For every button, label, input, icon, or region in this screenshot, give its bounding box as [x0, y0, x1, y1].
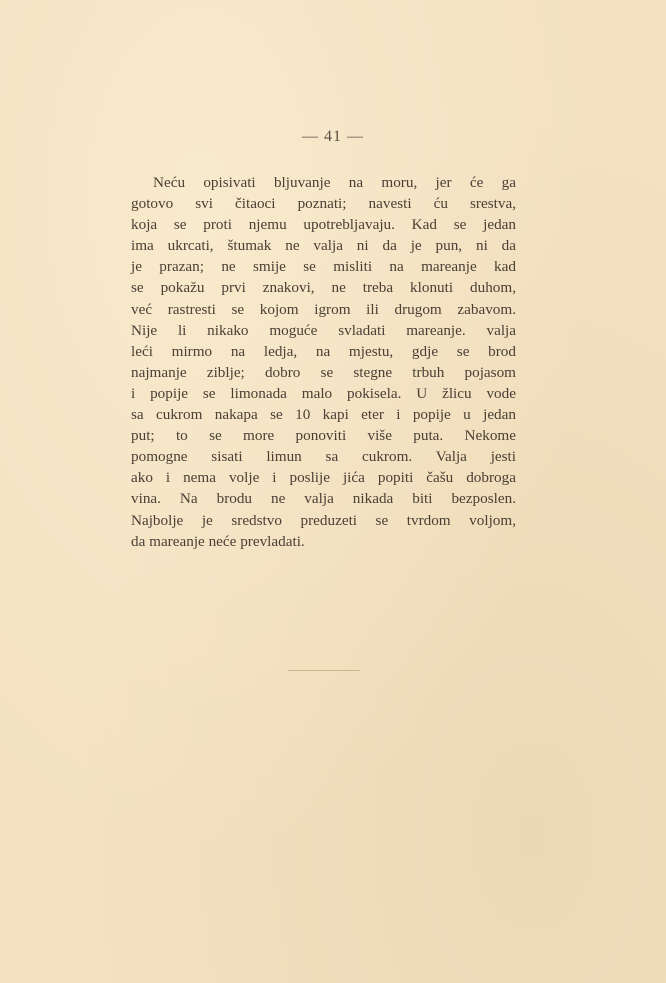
text-line: najmanje ziblje; dobro se stegne trbuh p…: [131, 362, 516, 383]
section-divider: [288, 670, 360, 671]
text-line: pomogne sisati limun sa cukrom. Valja je…: [131, 446, 516, 467]
text-line: leći mirmo na ledja, na mjestu, gdje se …: [131, 341, 516, 362]
text-line: ako i nema volje i poslije jića popiti č…: [131, 467, 516, 488]
text-line: Najbolje je sredstvo preduzeti se tvrdom…: [131, 510, 516, 531]
text-line: gotovo svi čitaoci poznati; navesti ću s…: [131, 193, 516, 214]
text-line: Neću opisivati bljuvanje na moru, jer će…: [131, 172, 516, 193]
text-line: vina. Na brodu ne valja nikada biti bezp…: [131, 488, 516, 509]
text-line: već rastresti se kojom igrom ili drugom …: [131, 299, 516, 320]
text-line: Nije li nikako moguće svladati mareanje.…: [131, 320, 516, 341]
text-line: je prazan; ne smije se misliti na marean…: [131, 256, 516, 277]
page-number: — 41 —: [0, 128, 666, 146]
text-line: i popije se limonada malo pokisela. U žl…: [131, 383, 516, 404]
text-line: ima ukrcati, štumak ne valja ni da je pu…: [131, 235, 516, 256]
text-line: put; to se more ponoviti više puta. Neko…: [131, 425, 516, 446]
text-line: da mareanje neće prevladati.: [131, 531, 516, 552]
text-line: koja se proti njemu upotrebljavaju. Kad …: [131, 214, 516, 235]
text-line: se pokažu prvi znakovi, ne treba klonuti…: [131, 277, 516, 298]
text-line: sa cukrom nakapa se 10 kapi eter i popij…: [131, 404, 516, 425]
body-paragraph: Neću opisivati bljuvanje na moru, jer će…: [131, 172, 516, 552]
book-page: — 41 — Neću opisivati bljuvanje na moru,…: [0, 0, 666, 983]
